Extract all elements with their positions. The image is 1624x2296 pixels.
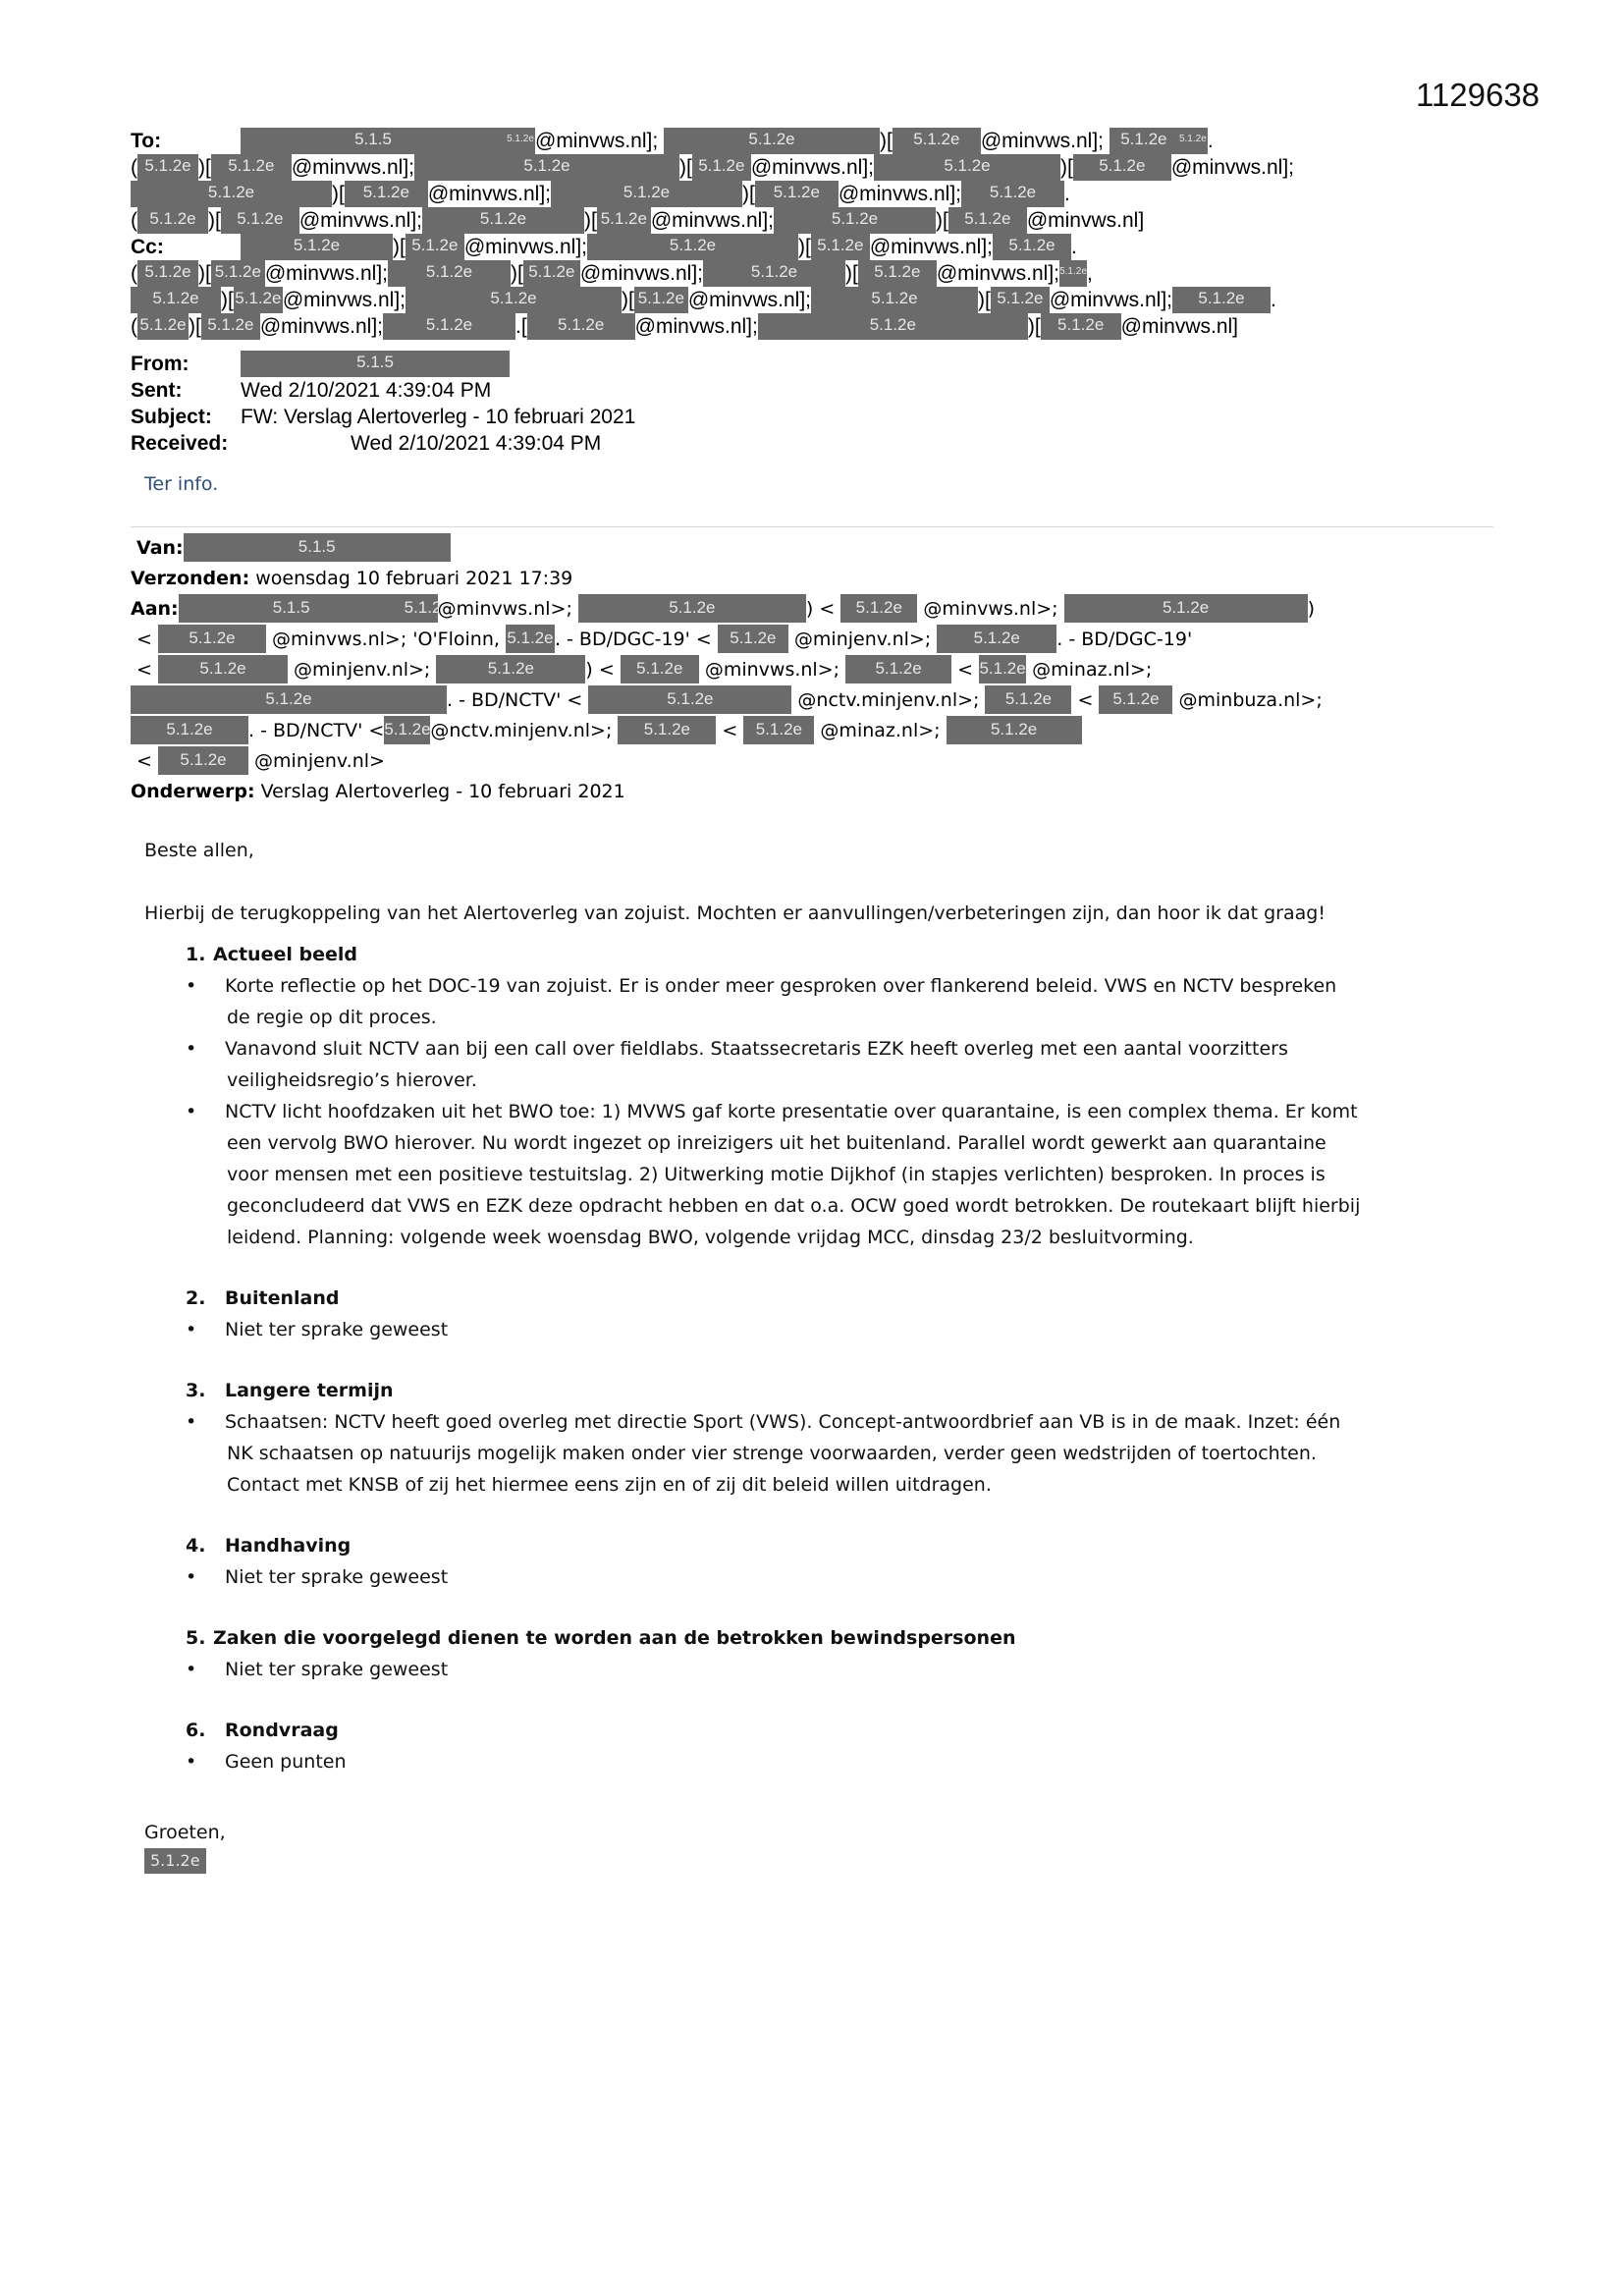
bullet-line: een vervolg BWO hierover. Nu wordt ingez…	[225, 1127, 1499, 1159]
header-text: (	[131, 156, 137, 179]
redaction-box: 5.1.2e	[621, 655, 699, 683]
bullet-icon: •	[186, 1406, 196, 1438]
field-label: Verzonden:	[131, 564, 249, 594]
header-text: @minvws.nl];	[651, 209, 774, 232]
header-line: (5.1.2e)[5.1.2e@minvws.nl];5.1.2e)[5.1.2…	[131, 260, 1525, 287]
bullet-line: NK schaatsen op natuurijs mogelijk maken…	[225, 1438, 1499, 1469]
header-text: <	[1071, 689, 1099, 711]
section-title: 6.Rondvraag	[186, 1715, 1499, 1746]
bullet-line: Korte reflectie op het DOC-19 van zojuis…	[225, 970, 1499, 1002]
header-text: )[	[880, 130, 893, 152]
header-text: @minvws.nl]	[1121, 315, 1238, 338]
section-title: 1.Actueel beeld	[186, 939, 1499, 970]
redaction-box: 5.1.2e	[588, 685, 791, 714]
redaction-box: 5.1.2e	[384, 716, 430, 744]
section-number: 1.	[186, 939, 213, 970]
header-text: @minvws.nl];	[688, 289, 811, 311]
from-row: From:5.1.5	[131, 351, 635, 377]
section: 5.Zaken die voorgelegd dienen te worden …	[144, 1593, 1499, 1685]
sections-list: 1.Actueel beeld•Korte reflectie op het D…	[144, 939, 1499, 1777]
section-title-text: Langere termijn	[225, 1380, 394, 1401]
header-line: To:5.1.55.1.2e@minvws.nl]; 5.1.2e)[5.1.2…	[131, 128, 1525, 154]
header-line: Cc:5.1.2e)[5.1.2e@minvws.nl];5.1.2e)[5.1…	[131, 234, 1525, 260]
header-text: @minvws.nl];	[265, 262, 388, 285]
from-label: From:	[131, 351, 241, 377]
redaction-box: 5.1.2e	[961, 181, 1064, 207]
redaction-box: 5.1.2e	[414, 154, 679, 181]
header-text: ,	[1087, 262, 1093, 285]
redaction-box: 5.1.2e	[345, 181, 428, 207]
bullet-line: Niet ter sprake geweest	[225, 1314, 1499, 1345]
header-text: )[	[221, 289, 234, 311]
header-text: @minvws.nl];	[1171, 156, 1294, 179]
bullet-line: geconcludeerd dat VWS en EZK deze opdrac…	[225, 1190, 1499, 1222]
redaction-box: 5.1.2e	[858, 260, 937, 287]
header-text: )[	[798, 236, 811, 258]
section: 6.Rondvraag•Geen punten	[144, 1685, 1499, 1777]
bullet-line: veiligheidsregio’s hierover.	[225, 1065, 1499, 1096]
received-label: Received:	[131, 430, 351, 457]
header-text: @minjenv.nl>	[248, 750, 385, 772]
redaction-box: 5.1.2e	[405, 594, 438, 623]
header-text: )[	[198, 262, 211, 285]
redaction-box: 5.1.2e	[811, 287, 978, 313]
redaction-box: 5.1.2e	[422, 207, 584, 234]
header-line: 5.1.2e)[5.1.2e@minvws.nl];5.1.2e)[5.1.2e…	[131, 287, 1525, 313]
header-line: < 5.1.2e @minjenv.nl>; 5.1.2e) < 5.1.2e …	[131, 655, 1525, 685]
redaction-box: 5.1.2e	[937, 625, 1056, 653]
redaction-box: 5.1.2e	[234, 287, 283, 313]
bullet-icon: •	[186, 1096, 196, 1127]
header-text: )[	[511, 262, 523, 285]
bullet-icon: •	[186, 1033, 196, 1065]
redaction-box: 5.1.2e	[618, 716, 716, 744]
header-text: . - BD/NCTV' <	[447, 689, 588, 711]
sent-label: Sent:	[131, 377, 241, 404]
received-value: Wed 2/10/2021 4:39:04 PM	[351, 432, 601, 455]
field-label: To:	[131, 128, 241, 154]
redaction-box: 5.1.2e	[523, 260, 580, 287]
redaction-box: 5.1.2e	[506, 625, 555, 653]
field-label: Van:	[136, 533, 184, 564]
redaction-box: 5.1.2e	[587, 234, 798, 260]
subject-value: FW: Verslag Alertoverleg - 10 februari 2…	[241, 406, 635, 428]
header-text: @minvws.nl>;	[438, 598, 578, 620]
bullet-icon: •	[186, 970, 196, 1002]
section-number: 2.	[186, 1283, 225, 1314]
header-text: @minvws.nl>; 'O'Floinn,	[266, 629, 506, 650]
section-number: 3.	[186, 1375, 225, 1406]
bullet-line: leidend. Planning: volgende week woensda…	[225, 1222, 1499, 1253]
header-text: )[	[679, 156, 692, 179]
bullet-icon: •	[186, 1561, 196, 1593]
bullet-item: •Vanavond sluit NCTV aan bij een call ov…	[144, 1033, 1499, 1096]
closing: Groeten,	[144, 1817, 1499, 1848]
header-text: )[	[978, 289, 991, 311]
header-text: @minvws.nl];	[635, 315, 758, 338]
section: 3.Langere termijn•Schaatsen: NCTV heeft …	[144, 1345, 1499, 1501]
bullet-item: •Niet ter sprake geweest	[144, 1561, 1499, 1593]
header-text: (	[131, 315, 137, 338]
section-title-text: Handhaving	[225, 1535, 351, 1557]
header-text: @minvws.nl];	[870, 236, 993, 258]
header-line: (5.1.2e)[5.1.2e@minvws.nl];5.1.2e)[5.1.2…	[131, 154, 1525, 181]
header-text: (	[131, 262, 137, 285]
redaction-box: 5.1.2e	[158, 746, 248, 775]
header-text: )[	[208, 209, 221, 232]
header-text: ) <	[585, 659, 620, 681]
header-text: (	[131, 209, 137, 232]
redaction-box: 5.1.2e	[1041, 313, 1121, 340]
header-text: @minvws.nl];	[283, 289, 406, 311]
section: 2.Buitenland•Niet ter sprake geweest	[144, 1253, 1499, 1345]
intro-paragraph: Hierbij de terugkoppeling van het Alerto…	[144, 898, 1499, 929]
header-text: @minjenv.nl>;	[788, 629, 937, 650]
redaction-box: 5.1.2e	[774, 207, 936, 234]
redaction-box: 5.1.2e	[993, 234, 1071, 260]
section-title-text: Buitenland	[225, 1287, 339, 1309]
header-text: @minjenv.nl>;	[288, 659, 436, 681]
redaction-box: 5.1.2e	[137, 154, 198, 181]
redaction-box: 5.1.2e	[551, 181, 742, 207]
header-line: (5.1.2e)[5.1.2e@minvws.nl];5.1.2e)[5.1.2…	[131, 207, 1525, 234]
redaction-box: 5.1.2e	[1178, 128, 1208, 154]
header-text: . - BD/NCTV' <	[248, 720, 384, 741]
bullet-item: •Niet ter sprake geweest	[144, 1654, 1499, 1685]
header-text: @nctv.minjenv.nl>;	[791, 689, 985, 711]
field-label: Onderwerp:	[131, 777, 255, 807]
header-text: @minvws.nl];	[535, 130, 658, 152]
header-text: Verslag Alertoverleg - 10 februari 2021	[255, 781, 625, 802]
greeting: Beste allen,	[144, 835, 1499, 866]
redaction-box: 5.1.2e	[578, 594, 806, 623]
header-text: @minvws.nl>;	[699, 659, 845, 681]
redaction-box: 5.1.5	[184, 533, 451, 562]
redaction-box: 5.1.2e	[893, 128, 981, 154]
redaction-box: 5.1.5	[241, 351, 510, 377]
header-text: @minvws.nl];	[839, 183, 961, 205]
bullet-line: Schaatsen: NCTV heeft goed overleg met d…	[225, 1406, 1499, 1438]
section-title: 2.Buitenland	[186, 1283, 1499, 1314]
redaction-box: 5.1.2e	[137, 207, 208, 234]
redaction-box: 5.1.5	[179, 594, 405, 623]
header-text: .	[1064, 183, 1070, 205]
redaction-box: 5.1.2e	[131, 287, 221, 313]
section-number: 6.	[186, 1715, 225, 1746]
section-title-text: Actueel beeld	[213, 944, 357, 965]
section: 1.Actueel beeld•Korte reflectie op het D…	[144, 939, 1499, 1253]
redaction-box: 5.1.2e	[131, 685, 447, 714]
header-text: )[	[332, 183, 345, 205]
header-line: Verzonden: woensdag 10 februari 2021 17:…	[131, 564, 1525, 594]
header-text: @minaz.nl>;	[1026, 659, 1152, 681]
header-text: )[	[189, 315, 201, 338]
redaction-box: 5.1.2e	[703, 260, 845, 287]
header-line: 5.1.2e)[5.1.2e@minvws.nl];5.1.2e)[5.1.2e…	[131, 181, 1525, 207]
redaction-box: 5.1.2e	[597, 207, 651, 234]
header-text: )[	[742, 183, 755, 205]
header-text: @minvws.nl];	[428, 183, 551, 205]
header-text: @minvws.nl];	[299, 209, 422, 232]
bullet-item: •Niet ter sprake geweest	[144, 1314, 1499, 1345]
header-line: Van:5.1.5	[131, 533, 1525, 564]
redaction-box: 5.1.2e	[506, 128, 535, 154]
header-text: @nctv.minjenv.nl>;	[430, 720, 618, 741]
bullet-line: NCTV licht hoofdzaken uit het BWO toe: 1…	[225, 1096, 1499, 1127]
header-text: )[	[1060, 156, 1073, 179]
redaction-box: 5.1.2e	[1073, 154, 1171, 181]
redaction-box: 5.1.5	[241, 128, 506, 154]
sent-value: Wed 2/10/2021 4:39:04 PM	[241, 379, 491, 402]
header-text: @minvws.nl];	[464, 236, 587, 258]
header-text: <	[131, 659, 158, 681]
field-label: Aan:	[131, 594, 179, 625]
redaction-box: 5.1.2e	[211, 154, 292, 181]
redaction-box: 5.1.2e	[406, 287, 622, 313]
header-text: @minaz.nl>;	[814, 720, 946, 741]
redaction-box: 5.1.2e	[811, 234, 870, 260]
header-line: < 5.1.2e @minvws.nl>; 'O'Floinn, 5.1.2e.…	[131, 625, 1525, 655]
header-text: .	[1071, 236, 1077, 258]
redaction-box: 5.1.2e	[1064, 594, 1308, 623]
bullet-line: voor mensen met een positieve testuitsla…	[225, 1159, 1499, 1190]
redaction-box: 5.1.2e	[718, 625, 788, 653]
redaction-box: 5.1.2e	[436, 655, 585, 683]
signature: 5.1.2e	[144, 1848, 1499, 1880]
email-recipients-header: To:5.1.55.1.2e@minvws.nl]; 5.1.2e)[5.1.2…	[131, 128, 1525, 340]
section-number: 4.	[186, 1530, 225, 1561]
redaction-box: 5.1.2e	[241, 234, 393, 260]
redaction-box: 5.1.2e	[158, 625, 266, 653]
header-text: .	[1271, 289, 1276, 311]
header-text: @minvws.nl];	[260, 315, 383, 338]
header-text: @minvws.nl];	[292, 156, 414, 179]
forwarded-message-header: Van:5.1.5Verzonden: woensdag 10 februari…	[131, 533, 1525, 807]
header-text: @minvws.nl>;	[917, 598, 1063, 620]
redaction-box: 5.1.2e	[388, 260, 511, 287]
header-line: Onderwerp: Verslag Alertoverleg - 10 feb…	[131, 777, 1525, 807]
redaction-box: 5.1.2e	[1099, 685, 1172, 714]
redaction-box: 5.1.2e	[406, 234, 464, 260]
bullet-icon: •	[186, 1654, 196, 1685]
redaction-box: 5.1.2e	[979, 655, 1026, 683]
bullet-item: •NCTV licht hoofdzaken uit het BWO toe: …	[144, 1096, 1499, 1253]
redaction-box: 5.1.2e	[201, 313, 260, 340]
redaction-box: 5.1.2e	[692, 154, 751, 181]
header-text: . - BD/DGC-19' <	[555, 629, 718, 650]
header-line: (5.1.2e)[5.1.2e@minvws.nl];5.1.2e.[5.1.2…	[131, 313, 1525, 340]
redaction-box: 5.1.2e	[1172, 287, 1271, 313]
section-title-text: Zaken die voorgelegd dienen te worden aa…	[213, 1627, 1015, 1649]
redaction-box: 5.1.2e	[845, 655, 951, 683]
divider	[131, 526, 1493, 527]
header-text: @minvws.nl]	[1027, 209, 1144, 232]
redaction-box: 5.1.2e	[947, 716, 1082, 744]
redaction-box: 5.1.2e	[743, 716, 814, 744]
header-text: )[	[198, 156, 211, 179]
header-text: ) <	[806, 598, 840, 620]
header-text: .[	[515, 315, 527, 338]
header-line: 5.1.2e. - BD/NCTV' < 5.1.2e @nctv.minjen…	[131, 685, 1525, 716]
header-text: @minvws.nl];	[580, 262, 703, 285]
section-title: 5.Zaken die voorgelegd dienen te worden …	[186, 1622, 1499, 1654]
redaction-box: 5.1.2e	[991, 287, 1050, 313]
subject-label: Subject:	[131, 404, 241, 430]
subject-row: Subject:FW: Verslag Alertoverleg - 10 fe…	[131, 404, 635, 430]
header-text: )[	[1028, 315, 1041, 338]
header-line: 5.1.2e. - BD/NCTV' <5.1.2e@nctv.minjenv.…	[131, 716, 1525, 746]
redaction-box: 5.1.2e	[840, 594, 917, 623]
header-text: .	[1208, 130, 1214, 152]
header-text: )[	[936, 209, 948, 232]
redaction-box: 5.1.2e	[1059, 260, 1087, 287]
received-row: Received:Wed 2/10/2021 4:39:04 PM	[131, 430, 635, 457]
bullet-line: Niet ter sprake geweest	[225, 1561, 1499, 1593]
bullet-item: •Korte reflectie op het DOC-19 van zojui…	[144, 970, 1499, 1033]
section-title: 4.Handhaving	[186, 1530, 1499, 1561]
header-text: @minvws.nl];	[751, 156, 874, 179]
redaction-box: 5.1.2e	[758, 313, 1028, 340]
redaction-box: 5.1.2e	[755, 181, 839, 207]
redaction-box: 5.1.2e	[137, 260, 198, 287]
sent-row: Sent:Wed 2/10/2021 4:39:04 PM	[131, 377, 635, 404]
redaction-box: 5.1.2e	[634, 287, 688, 313]
header-text: <	[951, 659, 979, 681]
redaction-box: 5.1.2e	[985, 685, 1071, 714]
header-text: )[	[393, 236, 406, 258]
header-text: <	[716, 720, 743, 741]
header-text: )[	[845, 262, 858, 285]
header-text: @minvws.nl];	[981, 130, 1104, 152]
header-text: . - BD/DGC-19'	[1056, 629, 1192, 650]
redaction-box: 5.1.2e	[131, 181, 332, 207]
section-title: 3.Langere termijn	[186, 1375, 1499, 1406]
bullet-icon: •	[186, 1314, 196, 1345]
header-text: <	[131, 750, 158, 772]
redaction-box: 5.1.2e	[527, 313, 635, 340]
redaction-box: 5.1.2e	[1110, 128, 1178, 154]
bullet-line: Geen punten	[225, 1746, 1499, 1777]
document-id: 1129638	[1416, 77, 1540, 114]
redaction-box: 5.1.2e	[211, 260, 265, 287]
header-line: < 5.1.2e @minjenv.nl>	[131, 746, 1525, 777]
redaction-box: 5.1.2e	[131, 716, 248, 744]
header-text: <	[131, 629, 158, 650]
header-text: @minvws.nl];	[937, 262, 1059, 285]
header-text: )[	[622, 289, 634, 311]
bullet-line: Contact met KNSB of zij het hiermee eens…	[225, 1469, 1499, 1501]
bullet-item: •Geen punten	[144, 1746, 1499, 1777]
redaction-box: 5.1.2e	[221, 207, 299, 234]
header-text: woensdag 10 februari 2021 17:39	[249, 568, 572, 589]
section-number: 5.	[186, 1622, 213, 1654]
ter-info-note: Ter info.	[144, 473, 218, 495]
field-label: Cc:	[131, 234, 241, 260]
redaction-box: 5.1.2e	[948, 207, 1027, 234]
redaction-box: 5.1.2e	[137, 313, 189, 340]
header-text: )	[1308, 598, 1315, 620]
redaction-box: 5.1.2e	[664, 128, 880, 154]
message-body: Beste allen, Hierbij de terugkoppeling v…	[144, 835, 1499, 1880]
header-line: Aan:5.1.55.1.2e@minvws.nl>; 5.1.2e) < 5.…	[131, 594, 1525, 625]
redaction-box: 5.1.2e	[158, 655, 288, 683]
email-meta: From:5.1.5 Sent:Wed 2/10/2021 4:39:04 PM…	[131, 351, 635, 457]
header-text: @minbuza.nl>;	[1172, 689, 1322, 711]
redaction-box: 5.1.2e	[874, 154, 1060, 181]
redaction-box: 5.1.2e	[383, 313, 515, 340]
bullet-line: de regie op dit proces.	[225, 1002, 1499, 1033]
bullet-line: Vanavond sluit NCTV aan bij een call ove…	[225, 1033, 1499, 1065]
section: 4.Handhaving•Niet ter sprake geweest	[144, 1501, 1499, 1593]
bullet-item: •Schaatsen: NCTV heeft goed overleg met …	[144, 1406, 1499, 1501]
header-text: @minvws.nl];	[1050, 289, 1172, 311]
redaction-box: 5.1.2e	[144, 1848, 206, 1874]
section-title-text: Rondvraag	[225, 1720, 339, 1741]
bullet-line: Niet ter sprake geweest	[225, 1654, 1499, 1685]
header-text: )[	[584, 209, 597, 232]
bullet-icon: •	[186, 1746, 196, 1777]
